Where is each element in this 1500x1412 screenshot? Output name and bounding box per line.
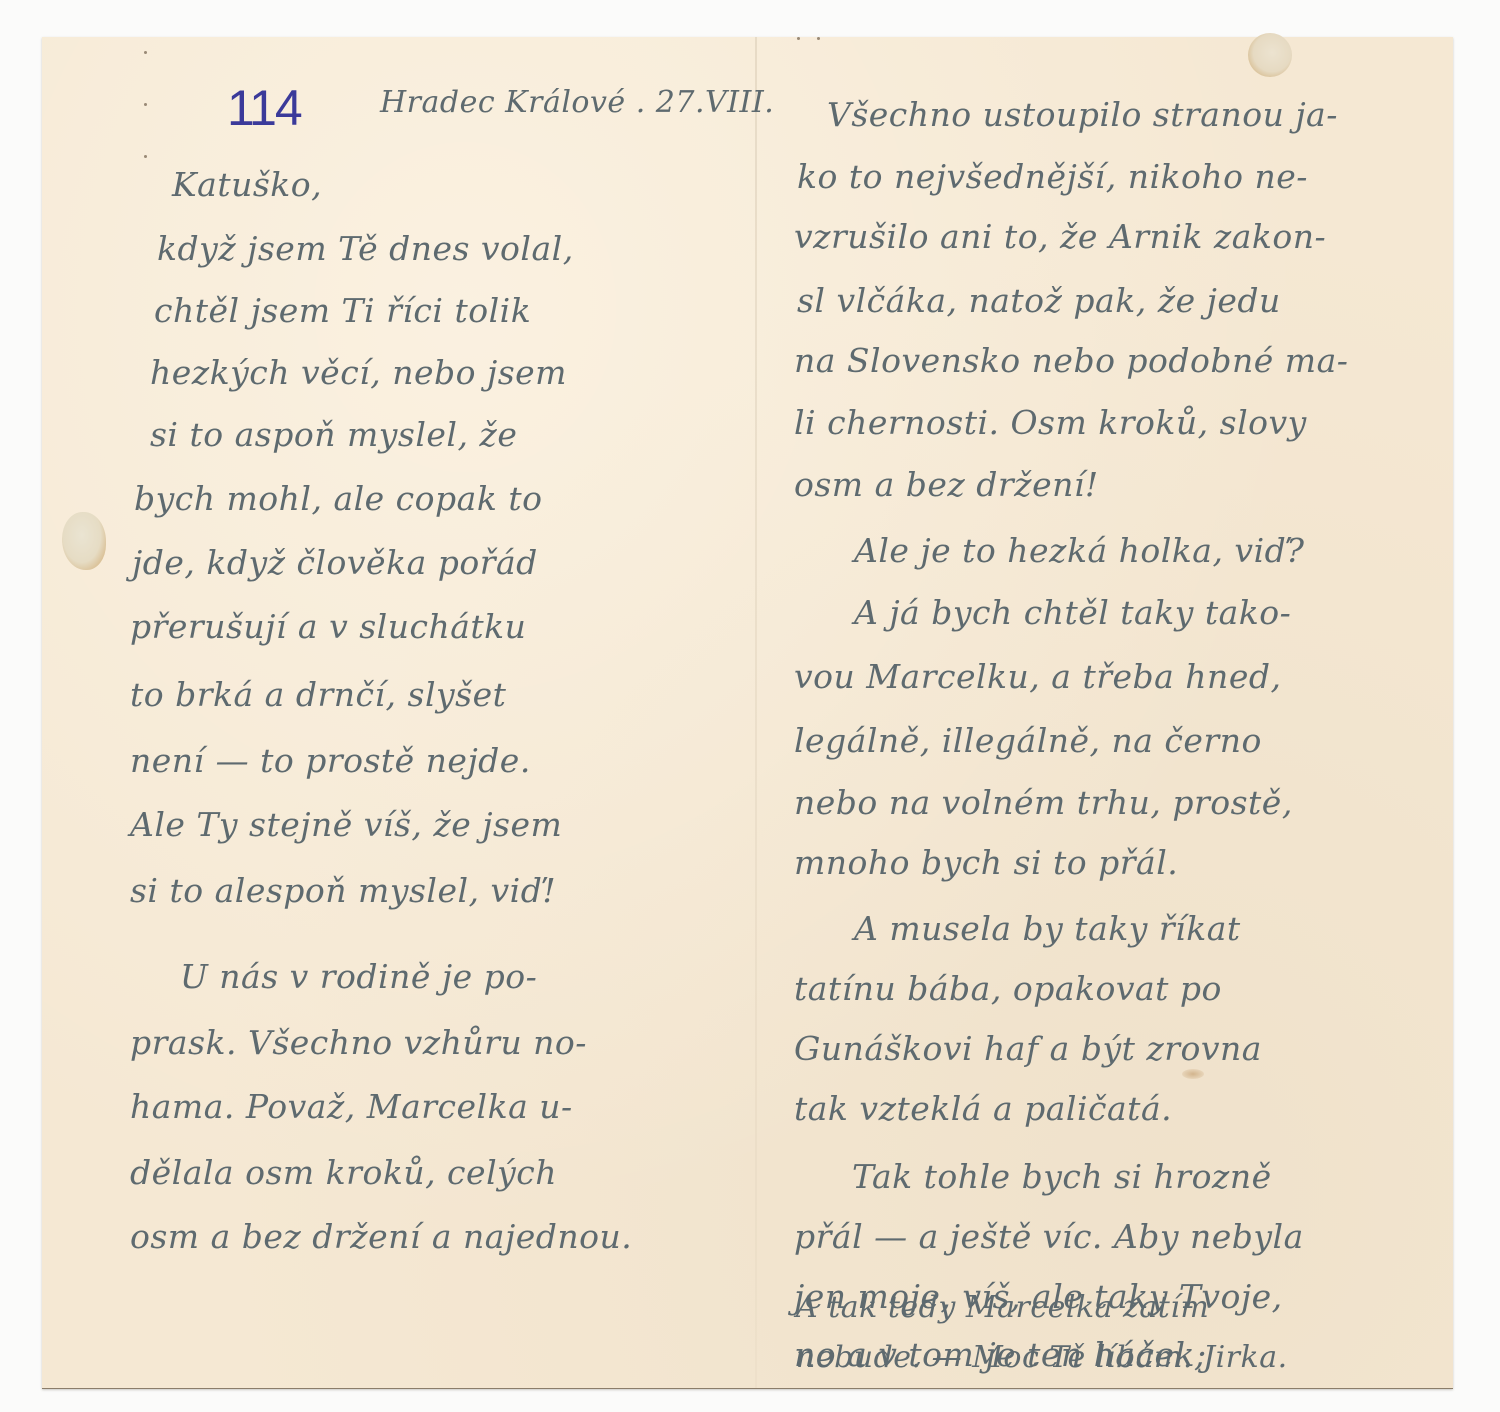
letter-line: U nás v rodině je po- xyxy=(180,957,537,996)
fold-crease xyxy=(755,37,757,1388)
letter-line: Tak tohle bych si hrozně xyxy=(852,1157,1272,1196)
letter-line: není — to prostě nejde. xyxy=(130,741,531,780)
letter-line: Gunáškovi haf a být zrovna xyxy=(794,1029,1262,1068)
letter-line: na Slovensko nebo podobné ma- xyxy=(794,341,1348,380)
place-date: Hradec Králové . 27.VIII. xyxy=(380,85,774,120)
letter-line: když jsem Tě dnes volal, xyxy=(157,229,574,268)
tape-stain-top xyxy=(1248,33,1292,77)
paper-speck xyxy=(144,155,147,158)
letter-line: ko to nejvšednější, nikoho ne- xyxy=(797,157,1308,196)
letter-line: osm a bez držení! xyxy=(794,465,1099,504)
letter-line: přál — a ještě víc. Aby nebyla xyxy=(794,1217,1304,1256)
tape-stain-left xyxy=(62,512,106,570)
letter-line: A já bych chtěl taky tako- xyxy=(854,593,1291,632)
letter-line: mnoho bych si to přál. xyxy=(794,843,1178,882)
letter-line: li chernosti. Osm kroků, slovy xyxy=(794,403,1307,442)
paper-speck xyxy=(144,51,147,54)
letter-line: hezkých věcí, nebo jsem xyxy=(150,353,567,392)
paper-speck xyxy=(817,37,820,40)
letter-line: legálně, illegálně, na černo xyxy=(794,721,1262,760)
paper-speck xyxy=(797,37,800,40)
letter-line: Ale je to hezká holka, viď? xyxy=(854,531,1304,570)
letter-page: 114 Hradec Králové . 27.VIII. Katuško, k… xyxy=(42,37,1453,1389)
letter-line: A musela by taky říkat xyxy=(854,909,1241,948)
letter-line: jde, když člověka pořád xyxy=(132,543,538,582)
letter-line: vou Marcelku, a třeba hned, xyxy=(794,657,1281,696)
letter-line: vzrušilo ani to, že Arnik zakon- xyxy=(794,217,1326,256)
letter-line: si to alespoň myslel, viď! xyxy=(130,871,556,910)
letter-line: tatínu bába, opakovat po xyxy=(794,969,1222,1008)
letter-line: hama. Považ, Marcelka u- xyxy=(130,1087,573,1126)
letter-line: Ale Ty stejně víš, že jsem xyxy=(130,805,562,844)
letter-line: si to aspoň myslel, že xyxy=(150,415,517,454)
letter-line: nebo na volném trhu, prostě, xyxy=(794,783,1293,822)
letter-line: to brká a drnčí, slyšet xyxy=(130,675,506,714)
letter-line: A tak tedy Marcelka zatím xyxy=(796,1290,1209,1325)
page-number: 114 xyxy=(227,79,301,137)
letter-line: sl vlčáka, natož pak, že jedu xyxy=(797,281,1281,320)
paper-speck xyxy=(144,103,147,106)
letter-line: osm a bez držení a najednou. xyxy=(130,1217,632,1256)
salutation: Katuško, xyxy=(172,165,322,204)
letter-line: chtěl jsem Ti říci tolik xyxy=(154,291,531,330)
stain-spot xyxy=(1182,1069,1204,1079)
letter-line: prask. Všechno vzhůru no- xyxy=(130,1023,587,1062)
letter-line: přerušují a v sluchátku xyxy=(130,607,526,646)
letter-line: Všechno ustoupilo stranou ja- xyxy=(827,95,1338,134)
letter-line: tak vzteklá a paličatá. xyxy=(794,1089,1172,1128)
letter-line: bych mohl, ale copak to xyxy=(134,479,542,518)
letter-line: dělala osm kroků, celých xyxy=(130,1153,557,1192)
signature-line: nebude. — Moc Tě líbám. Jirka. xyxy=(796,1340,1288,1375)
